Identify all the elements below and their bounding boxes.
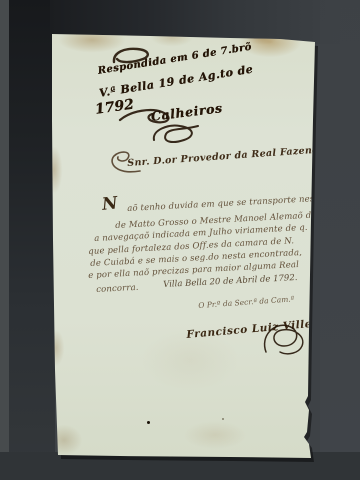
- background-right: [320, 0, 360, 480]
- manuscript-photograph: Respondida em 6 de 7.brõ V.ª Bella 19 de…: [0, 0, 360, 480]
- ink-speck: [222, 418, 224, 420]
- paraph-icon: [150, 122, 202, 146]
- body-initial-letter: N: [101, 193, 119, 215]
- ink-speck: [147, 421, 150, 424]
- signature-rubric-icon: [258, 318, 316, 360]
- background-dark-corner: [9, 0, 55, 480]
